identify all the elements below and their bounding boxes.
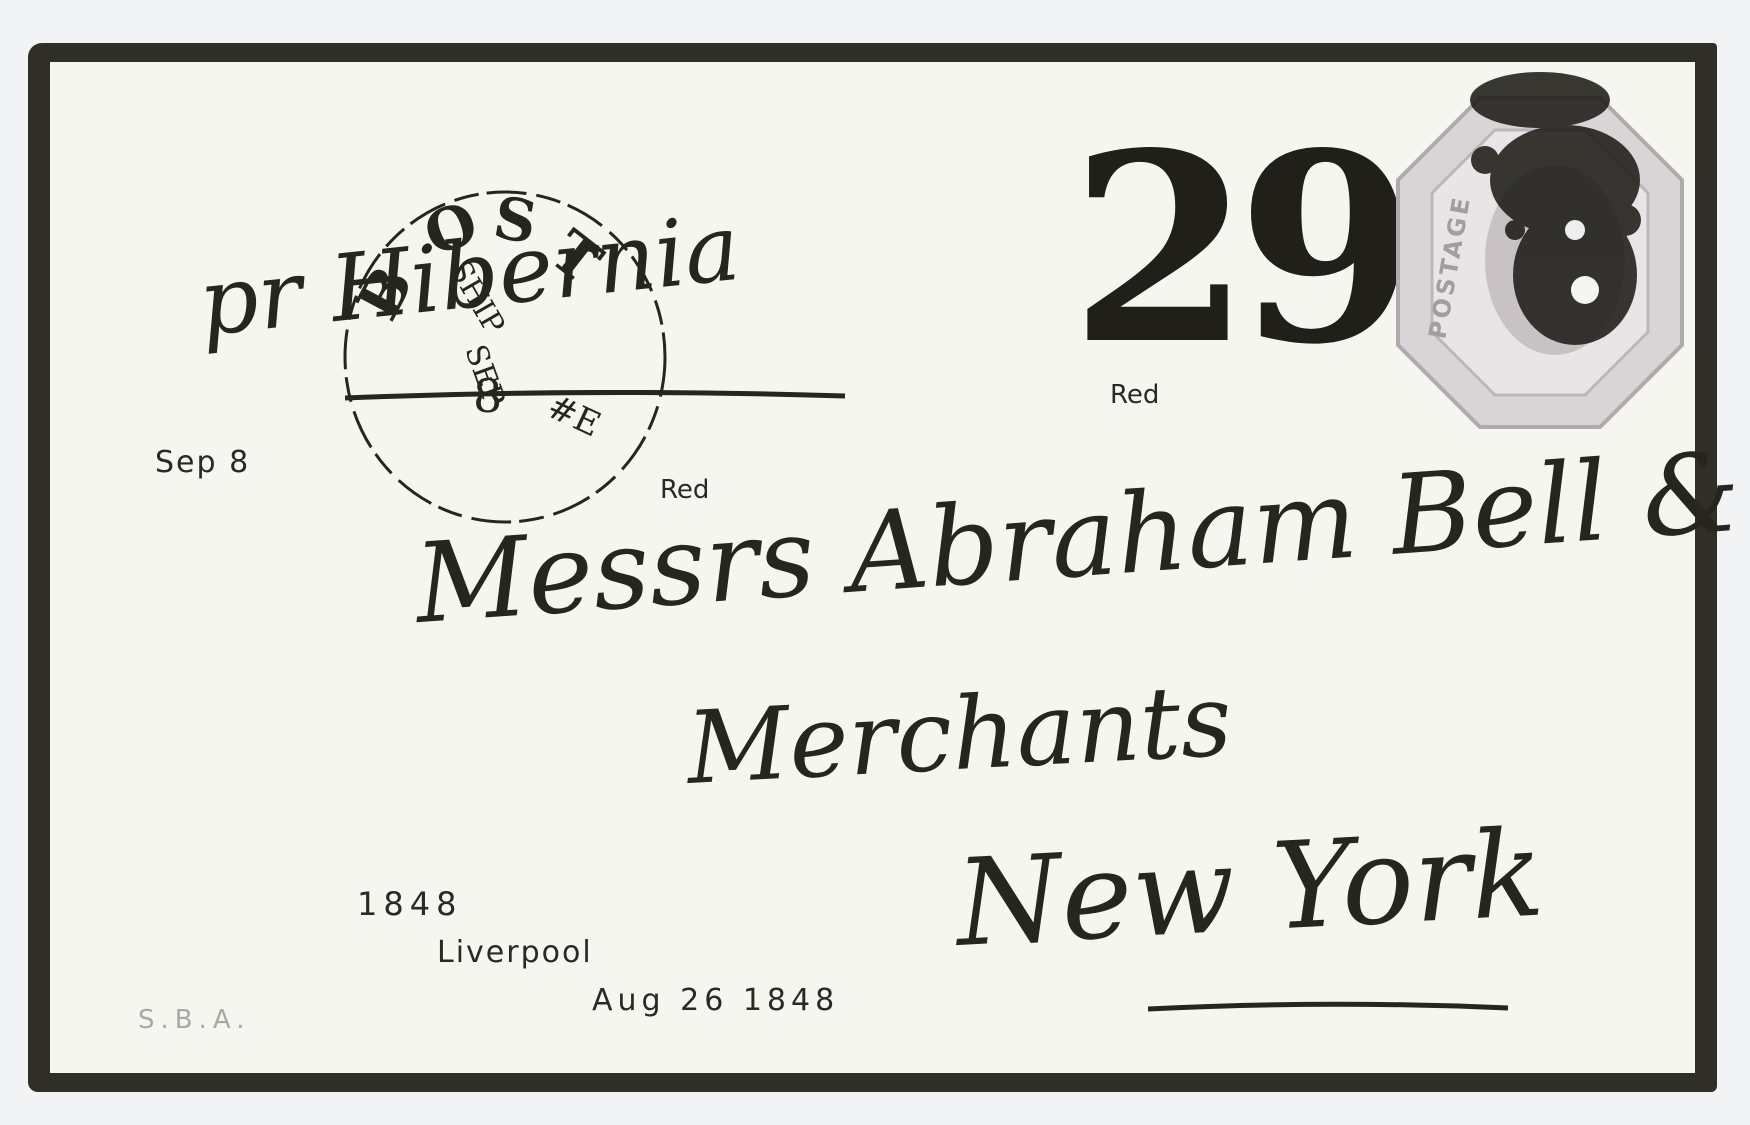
obliterator-cancel [1425, 60, 1660, 390]
rate-marking-29: 29 [1070, 120, 1404, 380]
origin-note: Liverpool [437, 935, 593, 970]
origin-date-note: Aug 26 1848 [592, 983, 839, 1018]
arrival-date-note: Sep 8 [155, 445, 250, 480]
endorsement-strikethrough [345, 390, 845, 404]
rate-color-note: Red [1110, 380, 1159, 410]
initials-note: S.B.A. [138, 1005, 250, 1035]
year-note: 1848 [357, 885, 462, 923]
new-york-underline [1148, 1000, 1508, 1014]
